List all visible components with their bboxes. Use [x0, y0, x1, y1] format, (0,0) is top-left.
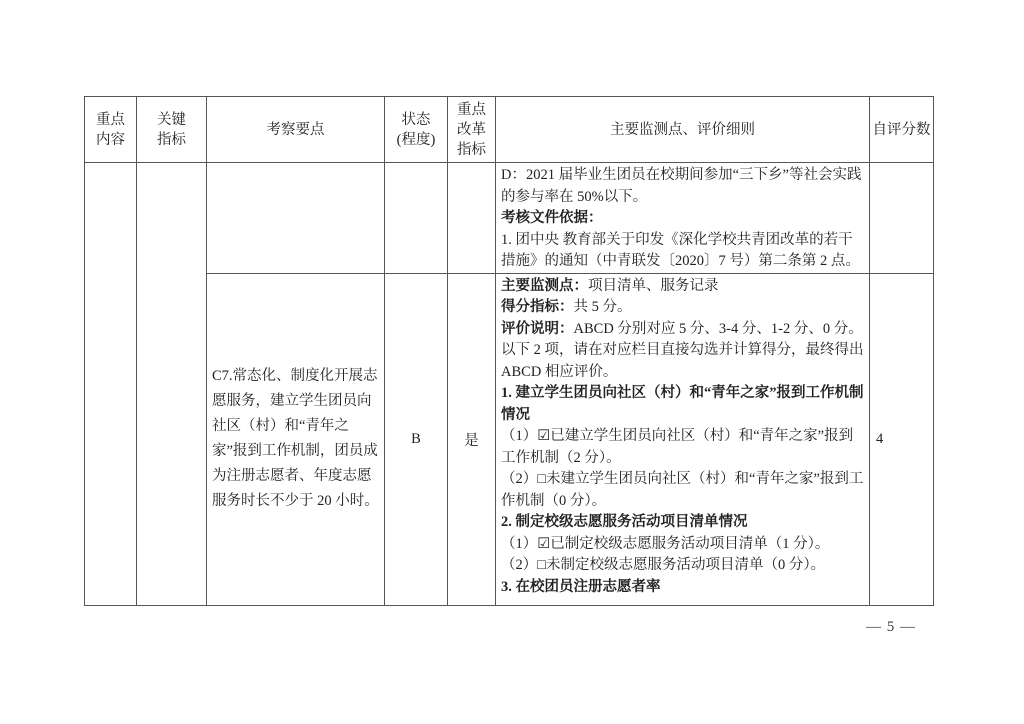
text-run: 主要监测点： [501, 278, 588, 294]
paragraph: D：2021 届毕业生团员在校期间参加“三下乡”等社会实践的参与率在 50%以下… [501, 165, 865, 208]
column-header-monitoring: 主要监测点、评价细则 [496, 97, 870, 163]
cell-status-row1 [385, 163, 448, 274]
text-run: （1） [501, 536, 537, 552]
text-run: 已制定校级志愿服务活动项目清单（1 分）。 [550, 536, 829, 552]
text-run: 得分指标： [501, 299, 574, 315]
column-header-status: 状态 (程度) [385, 97, 448, 163]
cell-inspection-row1 [207, 163, 385, 274]
paragraph: 得分指标：共 5 分。 [501, 297, 865, 319]
cell-monitoring-row2: 主要监测点：项目清单、服务记录得分指标：共 5 分。评价说明：ABCD 分别对应… [496, 273, 870, 605]
text-run: （1） [501, 428, 537, 444]
text-run: 考核文件依据： [501, 210, 603, 226]
text-run: 2. 制定校级志愿服务活动项目清单情况 [501, 514, 748, 530]
checkbox-checked-icon: ☑ [537, 428, 550, 444]
paragraph: 2. 制定校级志愿服务活动项目清单情况 [501, 512, 865, 534]
column-header-reform: 重点 改革 指标 [448, 97, 496, 163]
cell-score-row2: 4 [870, 273, 934, 605]
text-run: 项目清单、服务记录 [588, 278, 719, 294]
column-header-key-indicator: 关键 指标 [137, 97, 207, 163]
text-run: 未制定校级志愿服务活动项目清单（0 分）。 [546, 557, 825, 573]
text-run: 1. 团中央 教育部关于印发《深化学校共青团改革的若干措施》的通知（中青联发〔2… [501, 232, 860, 270]
cell-reform-row2: 是 [448, 273, 496, 605]
evaluation-table: 重点 内容 关键 指标 考察要点 状态 (程度) 重点 改革 指标 主要监测点、… [84, 96, 934, 606]
paragraph: 3. 在校团员注册志愿者率 [501, 577, 865, 599]
paragraph: 评价说明：ABCD 分别对应 5 分、3-4 分、1-2 分、0 分。以下 2 … [501, 319, 865, 384]
cell-monitoring-row1: D：2021 届毕业生团员在校期间参加“三下乡”等社会实践的参与率在 50%以下… [496, 163, 870, 274]
table-row: D：2021 届毕业生团员在校期间参加“三下乡”等社会实践的参与率在 50%以下… [85, 163, 934, 274]
paragraph: （1）☑已建立学生团员向社区（村）和“青年之家”报到工作机制（2 分）。 [501, 426, 865, 469]
checkbox-unchecked-icon: □ [537, 471, 546, 487]
text-run: 已建立学生团员向社区（村）和“青年之家”报到工作机制（2 分）。 [501, 428, 853, 466]
paragraph: 主要监测点：项目清单、服务记录 [501, 276, 865, 298]
paragraph: 考核文件依据： [501, 208, 865, 230]
paragraph: （2）□未建立学生团员向社区（村）和“青年之家”报到工作机制（0 分）。 [501, 469, 865, 512]
cell-key-content [85, 163, 137, 606]
page-number: — 5 — [852, 619, 930, 636]
text-run: （2） [501, 557, 537, 573]
paragraph: （2）□未制定校级志愿服务活动项目清单（0 分）。 [501, 555, 865, 577]
text-run: 1. 建立学生团员向社区（村）和“青年之家”报到工作机制情况 [501, 385, 864, 423]
paragraph: 1. 团中央 教育部关于印发《深化学校共青团改革的若干措施》的通知（中青联发〔2… [501, 230, 865, 273]
text-run: （2） [501, 471, 537, 487]
cell-key-indicator [137, 163, 207, 606]
table-row: C7.常态化、制度化开展志愿服务，建立学生团员向社区（村）和“青年之家”报到工作… [85, 273, 934, 605]
checkbox-unchecked-icon: □ [537, 557, 546, 573]
text-run: 评价说明： [501, 321, 574, 337]
text-run: 共 5 分。 [574, 299, 632, 315]
paragraph: （1）☑已制定校级志愿服务活动项目清单（1 分）。 [501, 534, 865, 556]
text-run: 未建立学生团员向社区（村）和“青年之家”报到工作机制（0 分）。 [501, 471, 863, 509]
text-run: 3. 在校团员注册志愿者率 [501, 579, 661, 595]
header-row: 重点 内容 关键 指标 考察要点 状态 (程度) 重点 改革 指标 主要监测点、… [85, 97, 934, 163]
checkbox-checked-icon: ☑ [537, 536, 550, 552]
cell-score-row1 [870, 163, 934, 274]
cell-status-row2: B [385, 273, 448, 605]
paragraph: 1. 建立学生团员向社区（村）和“青年之家”报到工作机制情况 [501, 383, 865, 426]
text-run: D：2021 届毕业生团员在校期间参加“三下乡”等社会实践的参与率在 50%以下… [501, 167, 861, 205]
cell-reform-row1 [448, 163, 496, 274]
column-header-key-content: 重点 内容 [85, 97, 137, 163]
cell-inspection-row2: C7.常态化、制度化开展志愿服务，建立学生团员向社区（村）和“青年之家”报到工作… [207, 273, 385, 605]
column-header-self-score: 自评分数 [870, 97, 934, 163]
column-header-inspection: 考察要点 [207, 97, 385, 163]
